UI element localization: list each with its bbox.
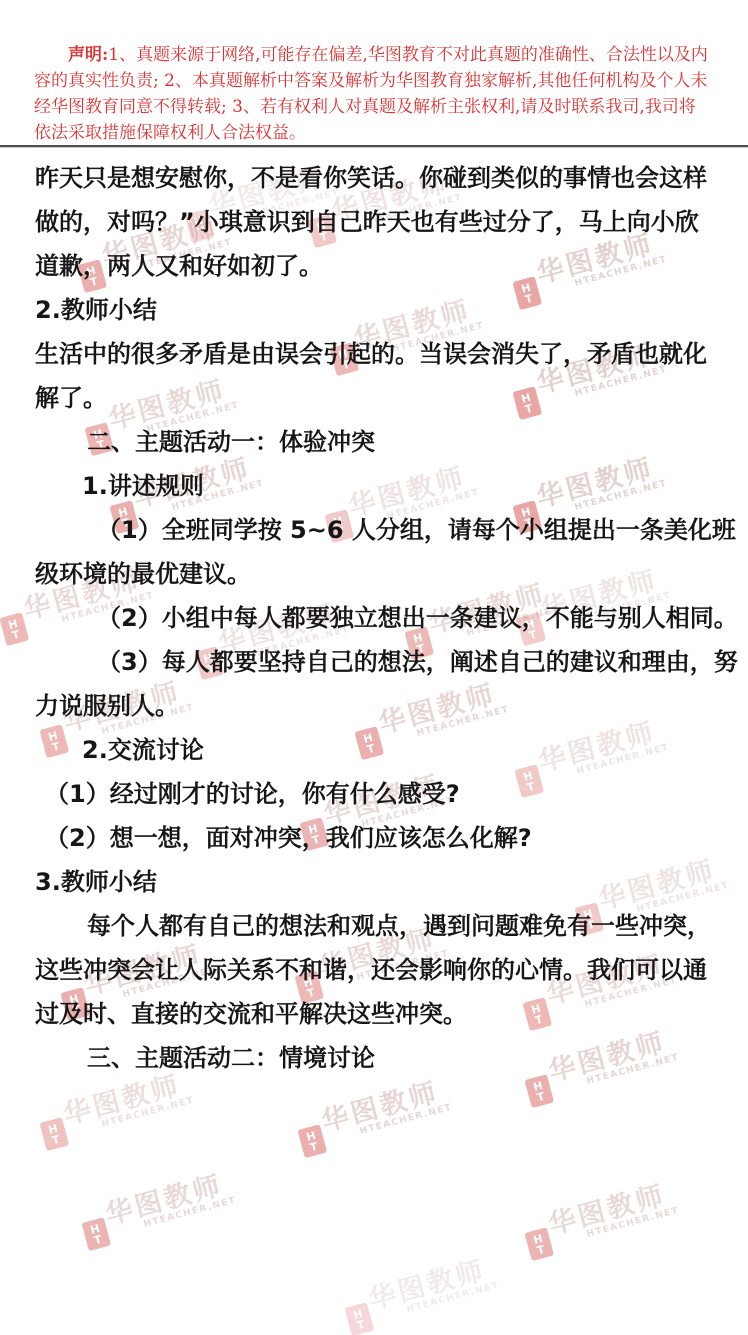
document-body: 昨天只是想安慰你，不是看你笑话。你碰到类似的事情也会这样做的，对吗？”小琪意识到… [35,156,725,1080]
logo-letter: T [93,1233,103,1246]
huatu-logo-icon: HT [0,612,29,646]
text-line: 道歉，两人又和好如初了。 [35,244,725,288]
huatu-watermark: HT华图教师HTEACHER.NET [75,1161,238,1250]
text-line: 做的，对吗？”小琪意识到自己昨天也有些过分了，马上向小欣 [35,200,725,244]
disclaimer-notice: 声明:1、真题来源于网络,可能存在偏差,华图教育不对此真题的准确性、合法性以及内… [34,42,718,146]
logo-letter: H [7,617,19,630]
disclaimer-line: 声明:1、真题来源于网络,可能存在偏差,华图教育不对此真题的准确性、合法性以及内 [34,42,718,68]
text-line: 这些冲突会让人际关系不和谐，还会影响你的心情。我们可以通 [35,948,725,992]
text-line: （3）每人都要坚持自己的想法，阐述自己的建议和理由，努 [35,640,725,684]
text-line: 力说服别人。 [35,684,725,728]
text-line: 过及时、直接的交流和平解决这些冲突。 [35,992,725,1036]
text-line: 生活中的很多矛盾是由误会引起的。当误会消失了，矛盾也就化 [35,332,725,376]
logo-letter: H [305,1129,317,1142]
logo-letter: H [47,1122,59,1135]
huatu-logo-icon: HT [39,1117,69,1151]
logo-letter: T [536,1090,546,1103]
huatu-logo-icon: HT [344,1302,374,1335]
watermark-en-text: HTEACHER.NET [68,1096,196,1139]
watermark-cn-text: 华图教师 [364,1246,499,1317]
huatu-logo-icon: HT [297,1124,327,1158]
logo-letter: T [11,628,21,641]
huatu-logo-icon: HT [81,1217,111,1251]
text-line: 解了。 [35,376,725,420]
text-line: 每个人都有自己的想法和观点，遇到问题难免有一些冲突， [35,904,725,948]
huatu-logo-icon: HT [524,1227,554,1261]
huatu-watermark: HT华图教师HTEACHER.NET [338,1246,501,1335]
logo-letter: T [309,1140,319,1153]
watermark-cn-text: 华图教师 [101,1161,236,1232]
text-line: 昨天只是想安慰你，不是看你笑话。你碰到类似的事情也会这样 [35,156,725,200]
watermark-en-text: HTEACHER.NET [110,1196,238,1239]
text-line: 2.教师小结 [35,288,725,332]
text-line: （1）全班同学按 5~6 人分组，请每个小组提出一条美化班 [35,508,725,552]
watermark-en-text: HTEACHER.NET [553,1206,681,1249]
text-line: 2.交流讨论 [35,728,725,772]
disclaimer-line: 依法采取措施保障权利人合法权益。 [34,120,718,146]
watermark-text-block: 华图教师HTEACHER.NET [364,1246,501,1324]
logo-letter: T [356,1318,366,1331]
text-line: 级环境的最优建议。 [35,552,725,596]
text-line: （2）想一想，面对冲突，我们应该怎么化解? [35,816,725,860]
text-line: 3.教师小结 [35,860,725,904]
huatu-watermark: HT华图教师HTEACHER.NET [291,1068,454,1157]
text-line: 1.讲述规则 [35,464,725,508]
logo-letter: H [532,1079,544,1092]
disclaimer-line: 容的真实性负责; 2、本真题解析中答案及解析为华图教育独家解析,其他任何机构及个… [34,68,718,94]
section-heading: 三、主题活动二：情境讨论 [35,1036,725,1080]
disclaimer-label: 声明: [68,45,108,65]
disclaimer-text: 1、真题来源于网络,可能存在偏差,华图教育不对此真题的准确性、合法性以及内 [108,45,708,65]
logo-letter: H [532,1232,544,1245]
watermark-en-text: HTEACHER.NET [326,1103,454,1146]
watermark-text-block: 华图教师HTEACHER.NET [101,1161,238,1239]
logo-letter: T [51,1133,61,1146]
huatu-watermark: HT华图教师HTEACHER.NET [518,1171,681,1260]
watermark-text-block: 华图教师HTEACHER.NET [544,1171,681,1249]
logo-letter: T [536,1243,546,1256]
text-line: （2）小组中每人都要独立想出一条建议，不能与别人相同。 [35,596,725,640]
text-line: （1）经过刚才的讨论，你有什么感受? [35,772,725,816]
logo-letter: H [352,1307,364,1320]
logo-letter: H [89,1222,101,1235]
watermark-cn-text: 华图教师 [544,1171,679,1242]
section-heading: 二、主题活动一：体验冲突 [35,420,725,464]
separator-line [0,145,748,148]
document-page: HT华图教师HTEACHER.NETHT华图教师HTEACHER.NETHT华图… [0,0,748,1335]
disclaimer-line: 经华图教育同意不得转载; 3、若有权利人对真题及解析主张权利,请及时联系我司,我… [34,94,718,120]
watermark-en-text: HTEACHER.NET [373,1281,501,1324]
